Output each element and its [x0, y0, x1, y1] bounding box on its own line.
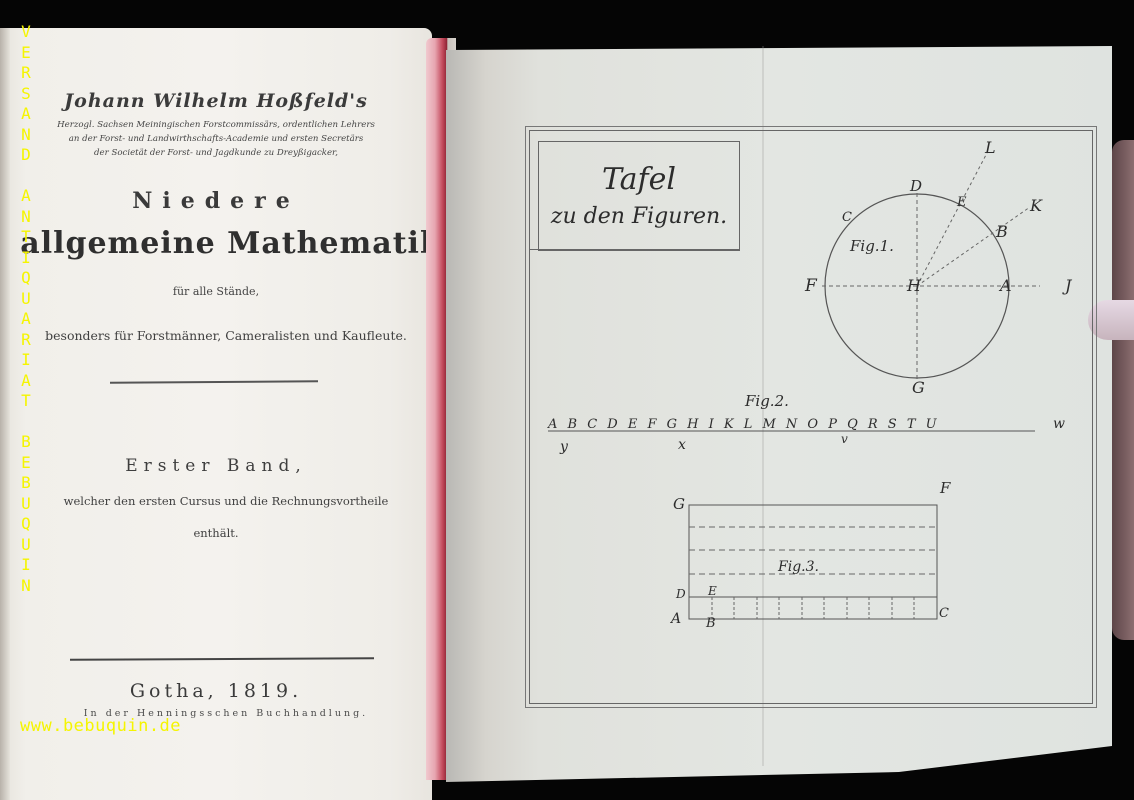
hand — [1112, 140, 1134, 640]
label-K: K — [1029, 196, 1043, 215]
label-v: v — [841, 432, 848, 446]
label-F: F — [939, 479, 951, 497]
watermark-letter: A — [18, 104, 34, 125]
watermark-letter: E — [18, 43, 34, 64]
fig2-letters: A B C D E F G H I K L M N O P Q R S T U — [547, 417, 940, 432]
watermark-letter: B — [18, 473, 34, 494]
title-line-2: allgemeine Mathematik — [15, 226, 447, 261]
watermark-letter: N — [18, 125, 34, 146]
figure-3-rectangle: Fig.3. G F D E A B C — [669, 479, 951, 631]
watermark-letter: R — [18, 63, 34, 84]
subtitle: für alle Stände, — [0, 285, 432, 298]
watermark-letter: T — [18, 391, 34, 412]
label-F: F — [804, 276, 818, 296]
figures-diagram: D C Fig.1. F H A J G E L B K Fig.2. A B … — [530, 131, 1092, 703]
label-L: L — [984, 138, 996, 157]
label-E: E — [956, 195, 967, 210]
watermark-letter — [18, 412, 34, 433]
fig3-label: Fig.3. — [777, 559, 819, 575]
watermark-letter: I — [18, 350, 34, 371]
watermark-letter: Q — [18, 514, 34, 535]
author-title-line: an der Forst- und Landwirthschafts-Acade… — [0, 132, 432, 146]
watermark-letter: U — [18, 289, 34, 310]
author-title-line: Herzogl. Sachsen Meiningischen Forstcomm… — [0, 118, 432, 132]
label-D: D — [909, 177, 922, 195]
fig2-label: Fig.2. — [744, 392, 789, 410]
label-E: E — [707, 584, 717, 598]
watermark-letter: I — [18, 248, 34, 269]
watermark-letter: B — [18, 432, 34, 453]
thumb — [1088, 300, 1134, 340]
watermark-letter: U — [18, 535, 34, 556]
label-B: B — [995, 222, 1008, 241]
open-book-photo: Johann Wilhelm Hoßfeld's Herzogl. Sachse… — [0, 0, 1134, 800]
label-H: H — [906, 276, 922, 295]
watermark-letter: D — [18, 145, 34, 166]
author-titles: Herzogl. Sachsen Meiningischen Forstcomm… — [0, 118, 432, 160]
imprint-place-year: Gotha, 1819. — [0, 680, 432, 702]
watermark-letter: T — [18, 227, 34, 248]
fig1-label: Fig.1. — [849, 237, 894, 255]
volume-label: Erster Band, — [0, 456, 432, 476]
label-G: G — [912, 378, 925, 397]
plate-border: Tafel zu den Figuren. D C Fig.1. F H A J… — [529, 130, 1093, 704]
watermark-letter: N — [18, 207, 34, 228]
author-title-line: der Societät der Forst- und Jagdkunde zu… — [0, 146, 432, 160]
label-J: J — [1062, 276, 1073, 295]
watermark-letter — [18, 166, 34, 187]
label-C: C — [939, 606, 949, 621]
watermark-letter: U — [18, 494, 34, 515]
watermark-letter: E — [18, 453, 34, 474]
watermark-letter: R — [18, 330, 34, 351]
figure-1-circle: D C Fig.1. F H A J G E L B K — [804, 138, 1073, 397]
label-w: w — [1053, 416, 1065, 432]
label-x: x — [678, 437, 686, 453]
watermark-letter: S — [18, 84, 34, 105]
title-line-1: Niedere — [0, 188, 432, 214]
label-A: A — [998, 276, 1012, 295]
label-B: B — [705, 616, 716, 631]
author-name: Johann Wilhelm Hoßfeld's — [0, 90, 432, 112]
label-G: G — [673, 495, 685, 513]
watermark-letter: N — [18, 576, 34, 597]
figure-2-line: Fig.2. A B C D E F G H I K L M N O P Q R… — [547, 392, 1065, 455]
audience-line: besonders für Forstmänner, Cameralisten … — [10, 328, 442, 343]
watermark-letter: Q — [18, 268, 34, 289]
label-y: y — [559, 439, 569, 455]
watermark-letter: A — [18, 371, 34, 392]
watermark-letter: A — [18, 309, 34, 330]
watermark-letter: V — [18, 22, 34, 43]
watermark-vertical: VERSAND ANTIQUARIAT BEBUQUIN — [18, 22, 34, 596]
label-D: D — [675, 587, 686, 601]
label-C: C — [842, 210, 852, 225]
volume-description: welcher den ersten Cursus und die Rechnu… — [10, 494, 442, 508]
watermark-letter: I — [18, 555, 34, 576]
watermark-url: www.bebuquin.de — [20, 716, 181, 736]
volume-description-end: enthält. — [0, 526, 432, 540]
watermark-letter: A — [18, 186, 34, 207]
label-A: A — [669, 611, 681, 627]
